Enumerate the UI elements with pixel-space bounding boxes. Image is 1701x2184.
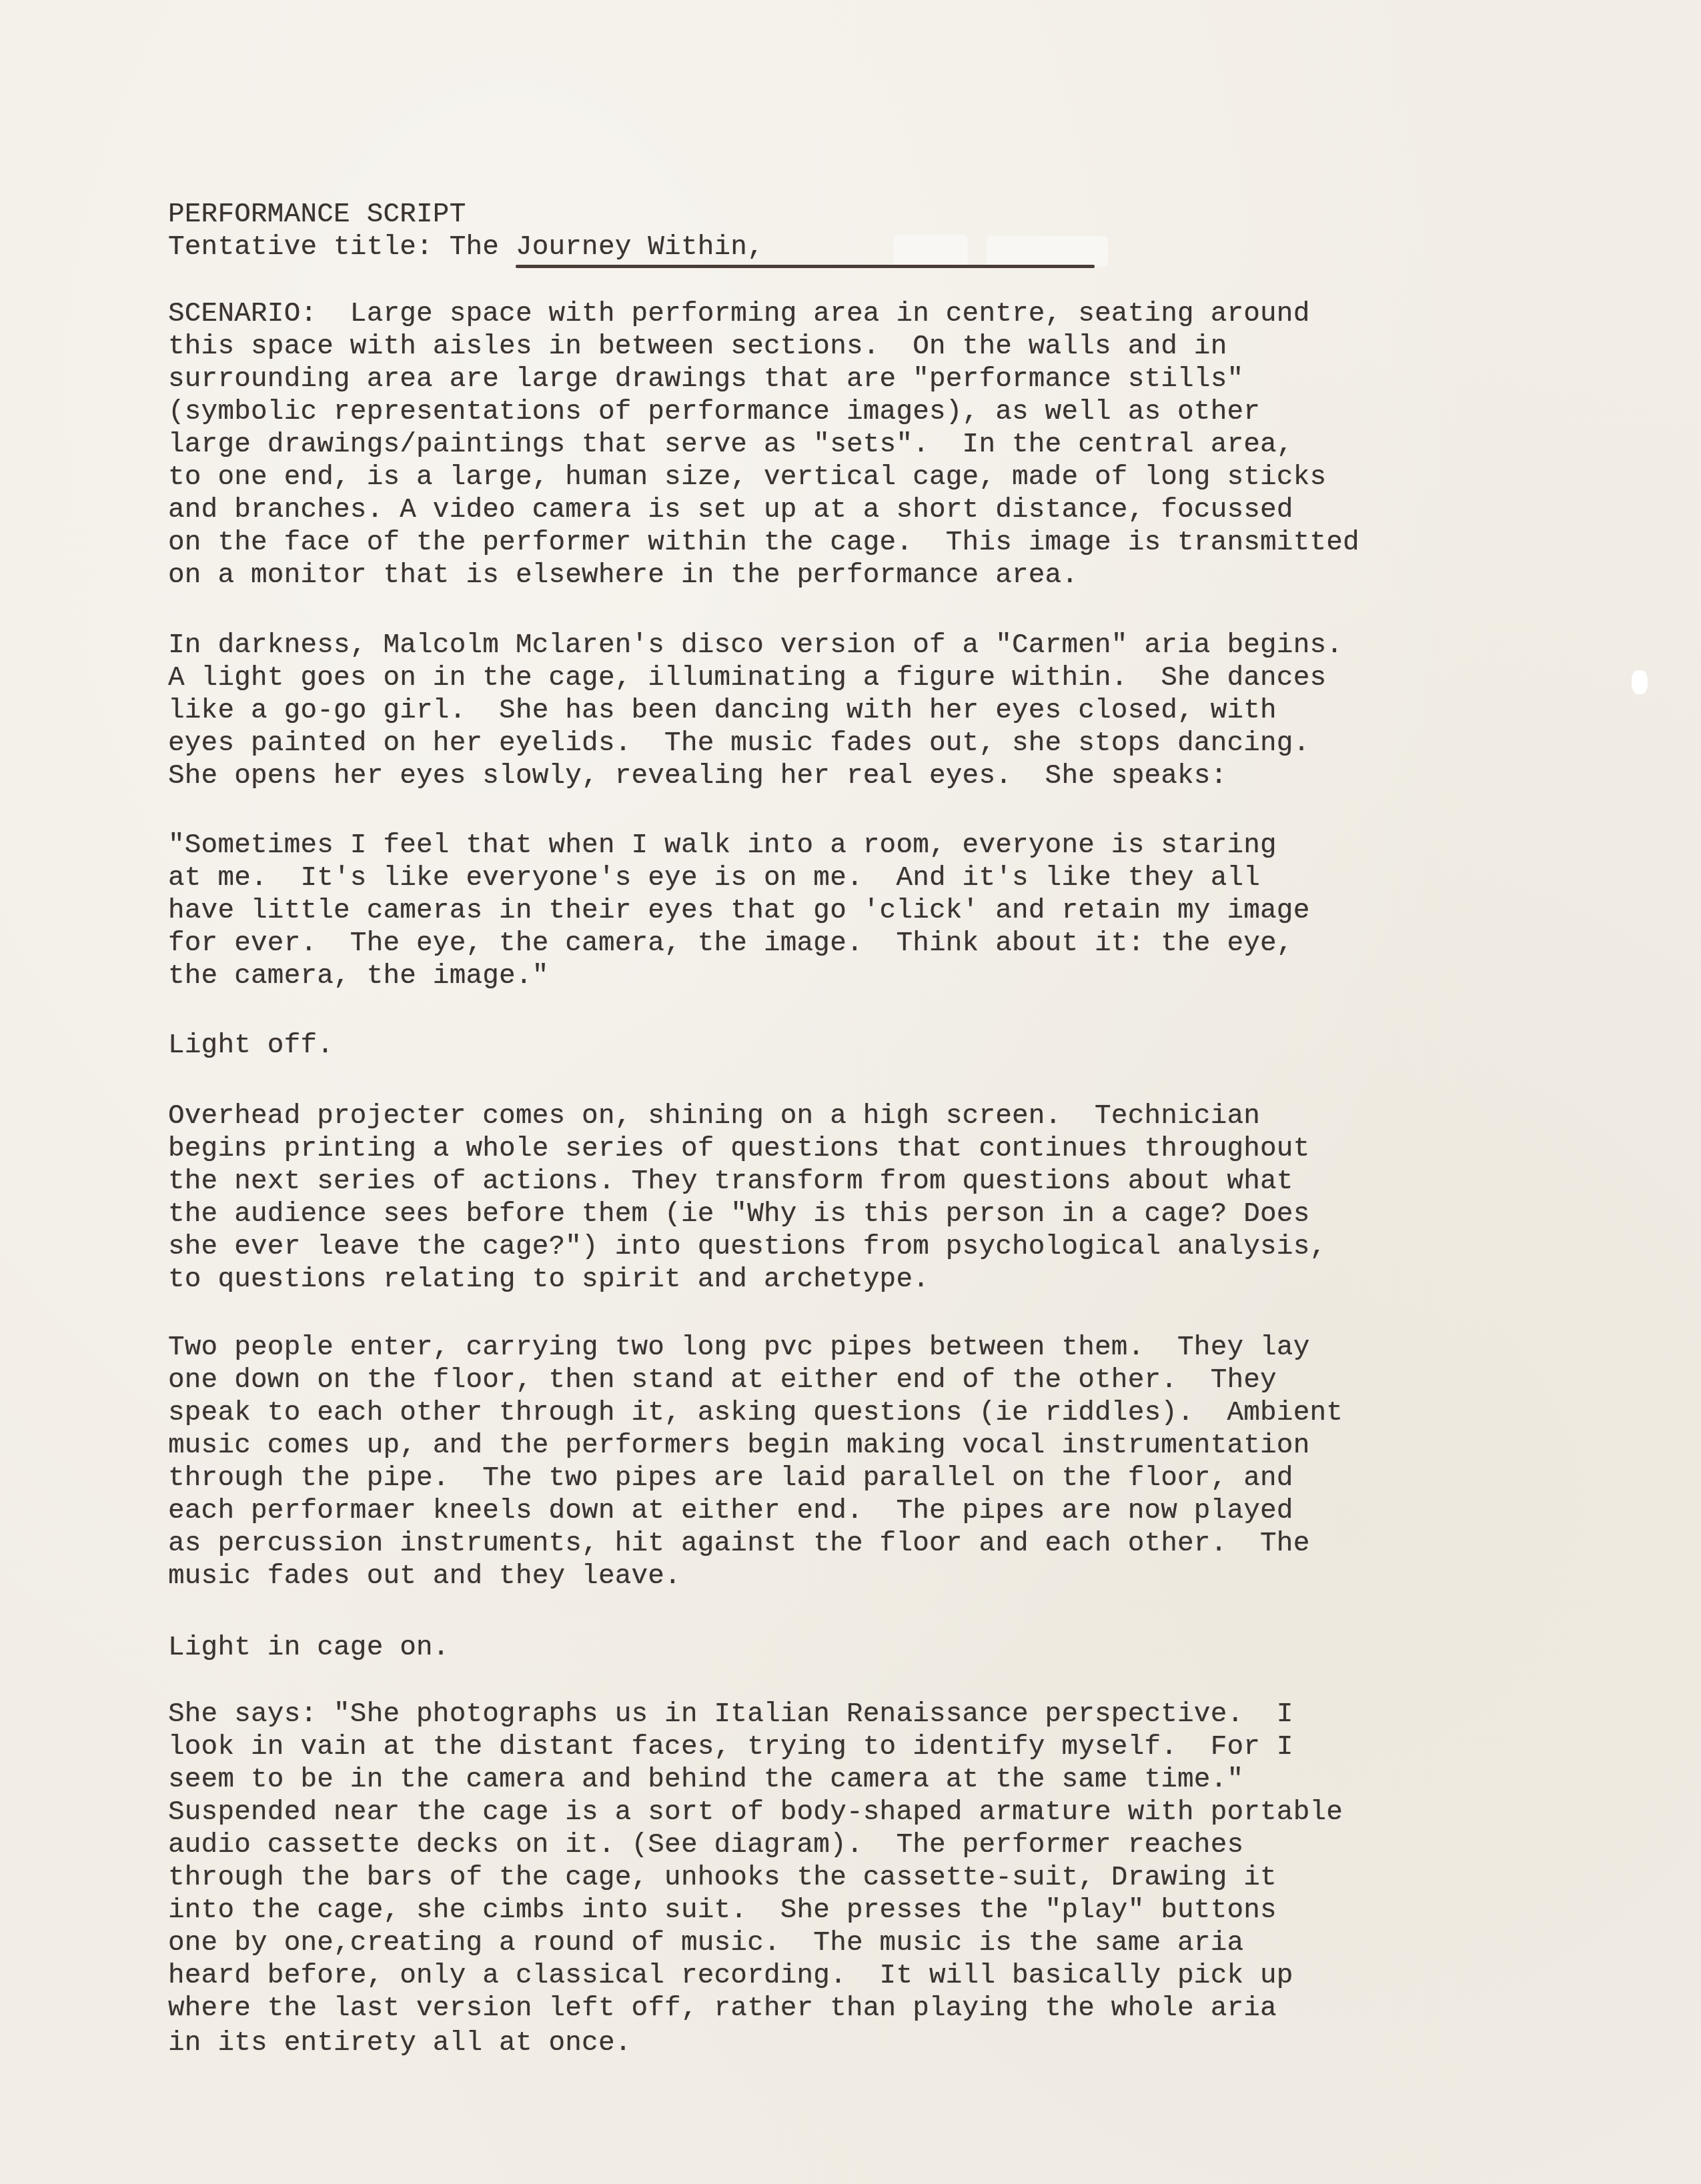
text-line: begins printing a whole series of questi… xyxy=(168,1133,1309,1166)
text-line: eyes painted on her eyelids. The music f… xyxy=(168,728,1309,760)
text-line: one down on the floor, then stand at eit… xyxy=(168,1364,1277,1397)
title-value: The Journey Within, xyxy=(450,232,764,263)
text-line: Suspended near the cage is a sort of bod… xyxy=(168,1797,1343,1829)
text-line: in its entirety all at once. xyxy=(168,2027,632,2060)
text-line: she ever leave the cage?") into question… xyxy=(168,1231,1326,1264)
text-line: Two people enter, carrying two long pvc … xyxy=(168,1332,1309,1364)
title-label: Tentative title: xyxy=(168,232,450,263)
text-line: through the bars of the cage, unhooks th… xyxy=(168,1862,1277,1895)
text-line: She opens her eyes slowly, revealing her… xyxy=(168,760,1227,793)
text-line: music comes up, and the performers begin… xyxy=(168,1430,1309,1462)
text-line: into the cage, she cimbs into suit. She … xyxy=(168,1895,1277,1927)
document-heading: PERFORMANCE SCRIPT xyxy=(168,199,466,231)
text-line: look in vain at the distant faces, tryin… xyxy=(168,1731,1293,1764)
text-line: on the face of the performer within the … xyxy=(168,527,1359,560)
stage-direction: Light off. xyxy=(168,1030,334,1062)
text-line: through the pipe. The two pipes are laid… xyxy=(168,1462,1293,1495)
text-line: and branches. A video camera is set up a… xyxy=(168,494,1293,527)
text-line: "Sometimes I feel that when I walk into … xyxy=(168,830,1277,862)
text-line: SCENARIO: Large space with performing ar… xyxy=(168,298,1309,331)
text-line: large drawings/paintings that serve as "… xyxy=(168,429,1293,461)
document-page: PERFORMANCE SCRIPT Tentative title: The … xyxy=(0,0,1701,2184)
text-line: speak to each other through it, asking q… xyxy=(168,1397,1343,1430)
text-line: like a go-go girl. She has been dancing … xyxy=(168,695,1277,728)
text-line: at me. It's like everyone's eye is on me… xyxy=(168,862,1260,895)
text-line: where the last version left off, rather … xyxy=(168,1993,1277,2025)
text-line: this space with aisles in between sectio… xyxy=(168,331,1227,363)
text-line: for ever. The eye, the camera, the image… xyxy=(168,928,1293,960)
text-line: as percussion instruments, hit against t… xyxy=(168,1528,1309,1560)
text-line: music fades out and they leave. xyxy=(168,1560,681,1593)
text-line: audio cassette decks on it. (See diagram… xyxy=(168,1829,1243,1862)
text-line: surrounding area are large drawings that… xyxy=(168,363,1243,396)
correction-fluid-mark xyxy=(987,237,1107,266)
text-line: to questions relating to spirit and arch… xyxy=(168,1264,929,1296)
title-underline xyxy=(516,265,1095,268)
text-line: have little cameras in their eyes that g… xyxy=(168,895,1309,928)
text-line: the camera, the image." xyxy=(168,960,549,993)
text-line: seem to be in the camera and behind the … xyxy=(168,1764,1243,1797)
text-line: the next series of actions. They transfo… xyxy=(168,1166,1293,1198)
text-line: to one end, is a large, human size, vert… xyxy=(168,461,1326,494)
correction-fluid-mark xyxy=(1632,670,1648,694)
text-line: each performaer kneels down at either en… xyxy=(168,1495,1293,1528)
text-line: one by one,creating a round of music. Th… xyxy=(168,1927,1243,1960)
tentative-title-line: Tentative title: The Journey Within, xyxy=(168,231,764,264)
text-line: She says: "She photographs us in Italian… xyxy=(168,1699,1293,1731)
text-line: (symbolic representations of performance… xyxy=(168,396,1260,429)
correction-fluid-mark xyxy=(894,235,967,266)
text-line: on a monitor that is elsewhere in the pe… xyxy=(168,560,1078,592)
text-line: Overhead projecter comes on, shining on … xyxy=(168,1100,1260,1133)
text-line: heard before, only a classical recording… xyxy=(168,1960,1293,1993)
stage-direction: Light in cage on. xyxy=(168,1632,450,1665)
text-line: the audience sees before them (ie "Why i… xyxy=(168,1198,1309,1231)
text-line: In darkness, Malcolm Mclaren's disco ver… xyxy=(168,630,1343,662)
text-line: A light goes on in the cage, illuminatin… xyxy=(168,662,1326,695)
